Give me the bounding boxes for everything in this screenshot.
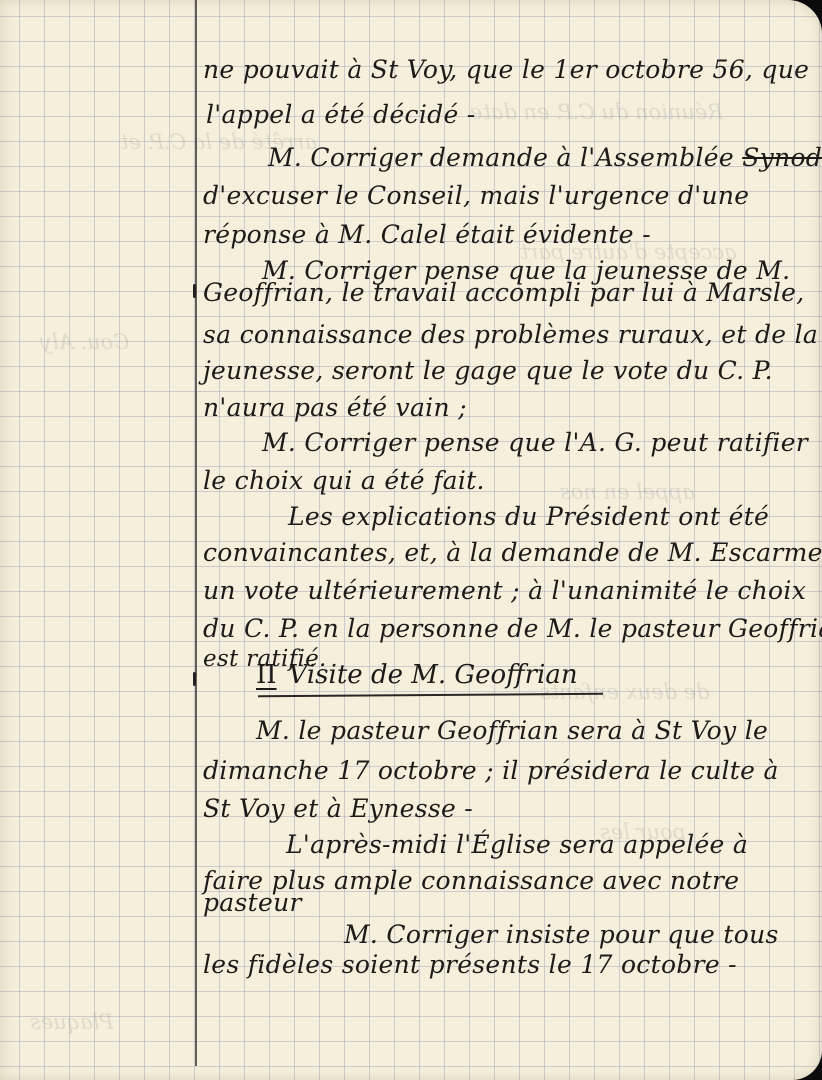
margin-mark xyxy=(193,672,196,686)
text-line: M. le pasteur Geoffrian sera à St Voy le xyxy=(256,718,768,743)
heading-underline xyxy=(258,693,603,697)
text-line: sa connaissance des problèmes ruraux, et… xyxy=(203,322,818,347)
text-fragment: M. Corriger demande à l'Assemblée xyxy=(268,143,734,172)
bleed-through-text: appel en nos xyxy=(560,480,695,504)
text-line: d'excuser le Conseil, mais l'urgence d'u… xyxy=(203,183,749,208)
notebook-page: Réunion du C.P. en date arrêté de la C.P… xyxy=(0,0,822,1080)
text-line: Geoffrian, le travail accompli par lui à… xyxy=(203,280,805,305)
text-line: un vote ultérieurement ; à l'unanimité l… xyxy=(203,578,806,603)
struck-word: Synode xyxy=(742,143,822,172)
text-line: M. Corriger pense que l'A. G. peut ratif… xyxy=(262,430,808,455)
margin-line xyxy=(195,0,197,1066)
text-line: dimanche 17 octobre ; il présidera le cu… xyxy=(203,758,779,783)
text-line: M. Corriger demande à l'Assemblée Synode xyxy=(268,145,822,170)
text-line: ne pouvait à St Voy, que le 1er octobre … xyxy=(203,57,809,82)
text-line: du C. P. en la personne de M. le pasteur… xyxy=(203,616,822,641)
text-line: réponse à M. Calel était évidente - xyxy=(203,222,651,247)
bleed-through-text: Réunion du C.P. en date xyxy=(470,100,723,124)
bleed-through-text: Cou. Aly xyxy=(40,330,129,354)
text-line: convaincantes, et, à la demande de M. Es… xyxy=(203,540,822,565)
text-line: jeunesse, seront le gage que le vote du … xyxy=(203,358,773,383)
text-line: M. Corriger insiste pour que tous xyxy=(344,922,779,947)
text-line: les fidèles soient présents le 17 octobr… xyxy=(203,952,737,977)
text-line: Les explications du Président ont été xyxy=(288,504,769,529)
section-numeral: II xyxy=(256,660,277,690)
text-line: pasteur xyxy=(203,890,302,915)
section-heading: IIVisite de M. Geoffrian xyxy=(256,660,578,690)
text-line: n'aura pas été vain ; xyxy=(203,395,467,420)
margin-mark xyxy=(193,284,196,298)
text-line: le choix qui a été fait. xyxy=(203,468,485,493)
bleed-through-text: Plaques xyxy=(30,1010,114,1034)
text-line: L'après-midi l'Église sera appelée à xyxy=(286,832,748,857)
text-line: l'appel a été décidé - xyxy=(206,102,476,127)
text-line: St Voy et à Eynesse - xyxy=(203,796,473,821)
section-title: Visite de M. Geoffrian xyxy=(289,660,578,690)
